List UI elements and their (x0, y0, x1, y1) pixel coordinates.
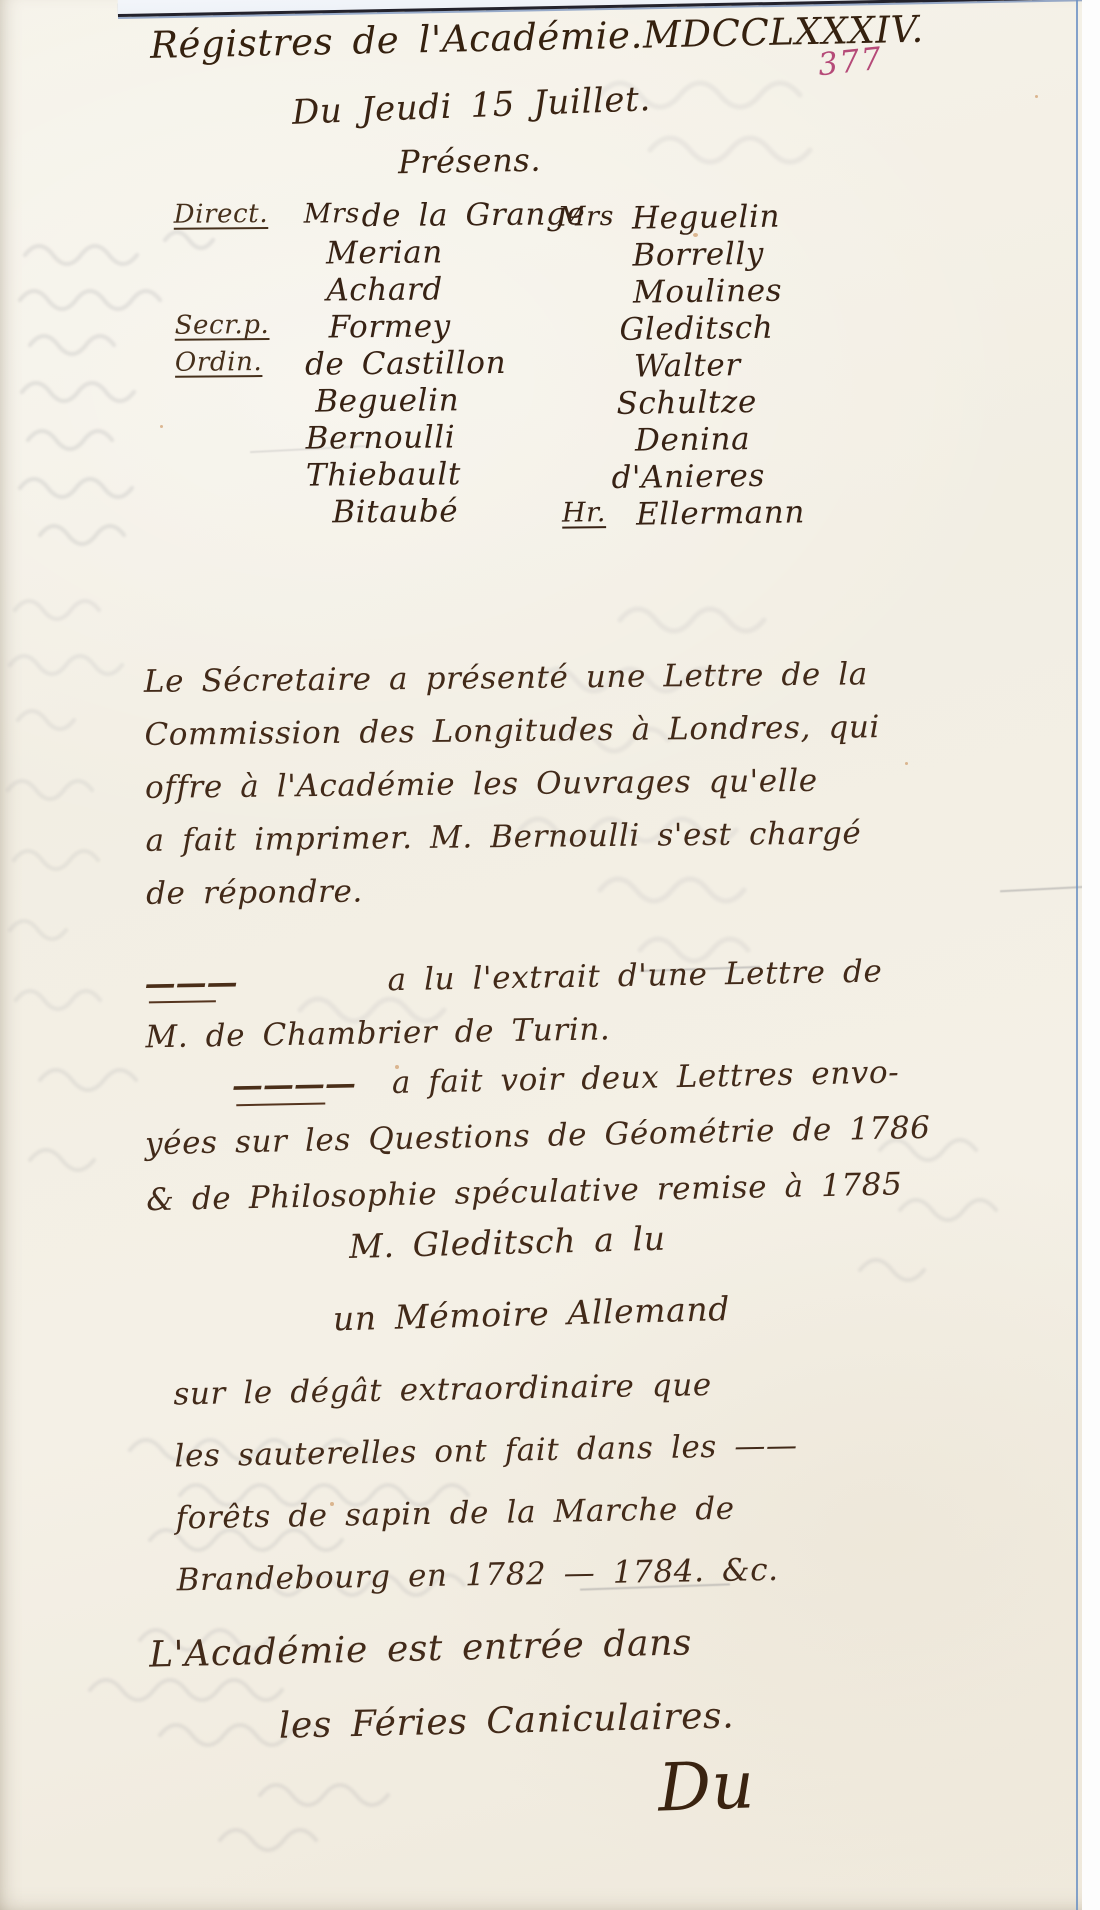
register-title: Régistres de l'Académie. (150, 14, 644, 67)
attendee-row: Mrs Heguelin (558, 198, 801, 238)
attendance-left-column: Direct. Mrs de la Grange Merian Achard S… (174, 196, 589, 533)
office-margin-label: Ordin. (175, 347, 305, 378)
attendee-name: Thiebault (306, 456, 461, 493)
attendee-name: Merian (326, 234, 443, 271)
attendee-name: Achard (326, 271, 443, 308)
office-margin-label (174, 273, 304, 274)
attendee-row: Achard (174, 270, 586, 311)
attendee-row: Schultze (560, 383, 803, 423)
ditto-indent: ———— (232, 1065, 393, 1104)
manuscript-line: M. Gleditsch a lu (348, 1201, 729, 1283)
attendee-row: Bitaubé (176, 492, 588, 533)
attendee-name: Moulines (633, 273, 783, 311)
line-text: a lu l'extrait d'une Lettre de (387, 954, 882, 999)
attendee-row: Beguelin (175, 381, 587, 422)
office-margin-label: Direct. (174, 199, 304, 230)
attendee-row: Ordin. de Castillon (175, 344, 587, 385)
attendance-right-column: Mrs Heguelin Borrelly Moulines Gleditsch… (558, 198, 805, 534)
attendee-row: Direct. Mrs de la Grange (174, 196, 586, 237)
paragraph-secretary-letter: Le Sécretaire a présenté une Lettre de l… (144, 648, 882, 921)
manuscript-line: Brandebourg en 1782 — 1784. &c. (176, 1539, 800, 1612)
office-margin-label (176, 458, 306, 459)
honorific-prefix: Mrs (304, 198, 362, 230)
manuscript-line: les sauterelles ont fait dans les —— (174, 1415, 798, 1488)
attendee-name: Denina (635, 421, 751, 459)
attendee-name: Borrelly (632, 236, 764, 274)
paragraph-academy-recess: L'Académie est entrée dans les Féries Ca… (148, 1605, 735, 1766)
attendee-row: Secr.p. Formey (175, 307, 587, 348)
attendee-row: Bernoulli (175, 418, 587, 459)
bleed-line (1000, 886, 1088, 893)
attendee-row: Borrelly (558, 235, 801, 275)
ditto-dash-mark: ——— (144, 957, 238, 1012)
paragraph-memoir-locusts: sur le dégât extraordinaire que les saut… (173, 1353, 800, 1612)
ink-speck (160, 425, 163, 428)
attendee-name: Gleditsch (619, 310, 773, 348)
attendee-name: Walter (634, 347, 741, 384)
office-margin-label (175, 421, 305, 422)
manuscript-line: un Mémoire Allemand (332, 1273, 731, 1355)
attendee-name: Bernoulli (305, 419, 455, 456)
manuscript-line: Commission des Longitudes à Londres, qui (144, 701, 880, 762)
manuscript-line: a fait imprimer. M. Bernoulli s'est char… (145, 807, 881, 868)
office-margin-label: Secr.p. (175, 310, 305, 341)
office-margin-label (176, 495, 306, 496)
attendee-name: Ellermann (636, 494, 805, 532)
attendee-name: Bitaubé (332, 493, 458, 530)
attendee-name: de Castillon (305, 345, 506, 383)
attendee-name: d'Anieres (611, 458, 765, 496)
honorific-prefix (561, 423, 635, 424)
ditto-dash-mark: ———— (231, 1056, 356, 1115)
attendee-name: Schultze (616, 384, 757, 422)
paragraph-gleditsch-heading: M. Gleditsch a lu un Mémoire Allemand (348, 1201, 731, 1355)
session-date-heading: Du Jeudi 15 Juillet. (291, 79, 651, 133)
presens-heading: Présens. (398, 141, 542, 181)
ink-speck (905, 762, 908, 765)
manuscript-line: de répondre. (146, 860, 882, 921)
attendee-name: Beguelin (315, 382, 459, 419)
attendee-row: Walter (560, 346, 803, 386)
scan-right-edge-line (1076, 0, 1078, 1910)
manuscript-line: sur le dégât extraordinaire que (173, 1353, 797, 1426)
attendee-row: Denina (561, 420, 804, 460)
manuscript-page: Régistres de l'Académie. MDCCLXXXIV. 377… (0, 0, 1100, 1910)
attendee-name: Formey (329, 308, 451, 345)
honorific-prefix (558, 238, 632, 239)
scan-right-margin (1082, 0, 1100, 1910)
attendee-row: Moulines (559, 272, 802, 312)
line-text: a fait voir deux Lettres envo- (391, 1054, 899, 1101)
honorific-prefix: Hr. (562, 497, 636, 529)
honorific-prefix (559, 275, 633, 276)
office-margin-label (175, 384, 305, 385)
ink-speck (1035, 95, 1038, 98)
attendee-row: Gleditsch (559, 309, 802, 349)
manuscript-line: forêts de sapin de la Marche de (175, 1477, 799, 1550)
attendee-row: d'Anieres (561, 457, 804, 497)
manuscript-line: offre à l'Académie les Ouvrages qu'elle (145, 754, 881, 815)
attendee-row: Hr. Ellermann (562, 494, 805, 534)
next-entry-opening-word: Du (657, 1746, 756, 1826)
attendee-name: de la Grange (362, 196, 586, 234)
manuscript-line: L'Académie est entrée dans (148, 1605, 733, 1692)
attendee-row: Thiebault (176, 455, 588, 496)
attendee-row: Merian (174, 233, 586, 274)
page-header: Régistres de l'Académie. MDCCLXXXIV. (150, 8, 906, 67)
manuscript-line: Le Sécretaire a présenté une Lettre de l… (144, 648, 880, 709)
honorific-prefix: Mrs (558, 201, 632, 233)
paragraph-geometry-letters: ————a fait voir deux Lettres envo- yées … (143, 1044, 932, 1228)
attendee-name: Heguelin (632, 199, 781, 237)
honorific-prefix (560, 349, 634, 350)
office-margin-label (174, 236, 304, 237)
page-number: 377 (816, 41, 885, 84)
